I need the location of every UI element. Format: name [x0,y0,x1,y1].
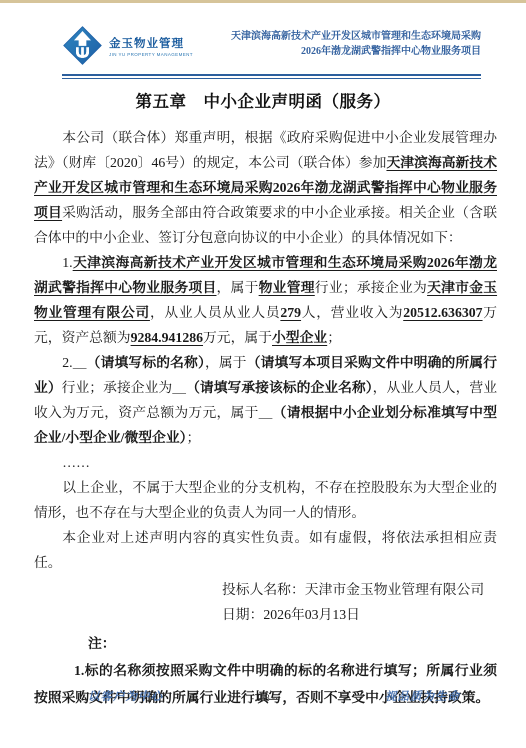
chapter-title: 第五章 中小企业声明函（服务） [0,88,526,112]
item-1-company-details: 1.天津滨海高新技术产业开发区城市管理和生态环境局采购2026年渤龙湖武警指挥中… [34,250,497,350]
text-segment: 以上企业，不属于大型企业的分支机构，不存在控股股东为大型企业的情形，也不存在与大… [34,480,497,520]
ellipsis-line: …… [34,450,497,475]
company-name: 金玉物业管理 [109,39,193,51]
declaration-intro: 本公司（联合体）郑重声明，根据《政府采购促进中小企业发展管理办法》（财库〔202… [34,125,497,250]
company-logo: 金玉物业管理 JIN YU PROPERTY MANAGEMENT [62,25,193,71]
text-segment: 2. [62,355,72,370]
text-segment: ＿ [73,355,87,370]
text-segment: 万元，属于 [203,330,272,345]
text-segment: 9284.941286 [131,330,203,345]
company-logo-icon [62,25,103,71]
page-header: 金玉物业管理 JIN YU PROPERTY MANAGEMENT 天津滨海高新… [62,25,481,71]
text-segment: 1. [62,255,72,270]
text-segment: ，属于 [205,355,247,370]
item-2-template-placeholders: 2.＿（请填写标的名称），属于（请填写本项目采购文件中明确的所属行业）行业；承接… [34,350,497,450]
text-segment: ； [327,330,341,345]
text-segment: 人，营业收入为 [301,305,403,320]
text-segment: （请填写承接该标的企业名称） [186,380,373,395]
bidder-name-line: 投标人名称：天津市金玉物业管理有限公司 [34,577,497,602]
project-title: 天津滨海高新技术产业开发区城市管理和生态环境局采购 2026年渤龙湖武警指挥中心… [231,30,481,59]
footer-motto-right: 视品质为生命 [385,688,460,704]
document-page: 金玉物业管理 JIN YU PROPERTY MANAGEMENT 天津滨海高新… [0,0,526,748]
text-segment: 行业；承接企业为 [315,280,427,295]
text-segment: ，从业人员从业人员 [150,305,280,320]
text-segment: 物业管理 [259,280,315,295]
date-line: 日期：2026年03月13日 [34,602,497,627]
text-segment: …… [62,455,90,470]
page-footer: 以客户为中心 - 153 - 视品质为生命 [0,688,526,704]
company-logo-text: 金玉物业管理 JIN YU PROPERTY MANAGEMENT [109,39,193,58]
text-segment: ，属于 [217,280,259,295]
header-divider [62,74,481,79]
truthfulness-statement: 本企业对上述声明内容的真实性负责。如有虚假，将依法承担相应责任。 [34,525,497,575]
notes-label: 注： [34,631,497,656]
text-segment: ； [187,430,201,445]
text-segment: 本企业对上述声明内容的真实性负责。如有虚假，将依法承担相应责任。 [34,530,497,570]
text-segment: 279 [280,305,301,320]
page-number: - 153 - [251,693,275,703]
text-segment: ＿ [259,405,273,420]
project-title-line2: 2026年渤龙湖武警指挥中心物业服务项目 [231,45,481,60]
text-segment: ＿ [172,380,186,395]
text-segment: 小型企业 [272,330,327,345]
text-segment: 20512.636307 [403,305,482,320]
company-name-english: JIN YU PROPERTY MANAGEMENT [109,53,193,58]
text-segment: （请填写标的名称） [87,355,205,370]
page-top-border [0,0,526,3]
signature-block: 投标人名称：天津市金玉物业管理有限公司 日期：2026年03月13日 [34,577,497,627]
no-large-enterprise-statement: 以上企业，不属于大型企业的分支机构，不存在控股股东为大型企业的情形，也不存在与大… [34,475,497,525]
text-segment: 行业；承接企业为 [62,380,173,395]
paragraphs: 本公司（联合体）郑重声明，根据《政府采购促进中小企业发展管理办法》（财库〔202… [34,125,497,575]
project-title-line1: 天津滨海高新技术产业开发区城市管理和生态环境局采购 [231,30,481,45]
footer-motto-left: 以客户为中心 [88,688,163,704]
text-segment: 采购活动，服务全部由符合政策要求的中小企业承接。相关企业（含联合体中的中小企业、… [34,205,497,245]
